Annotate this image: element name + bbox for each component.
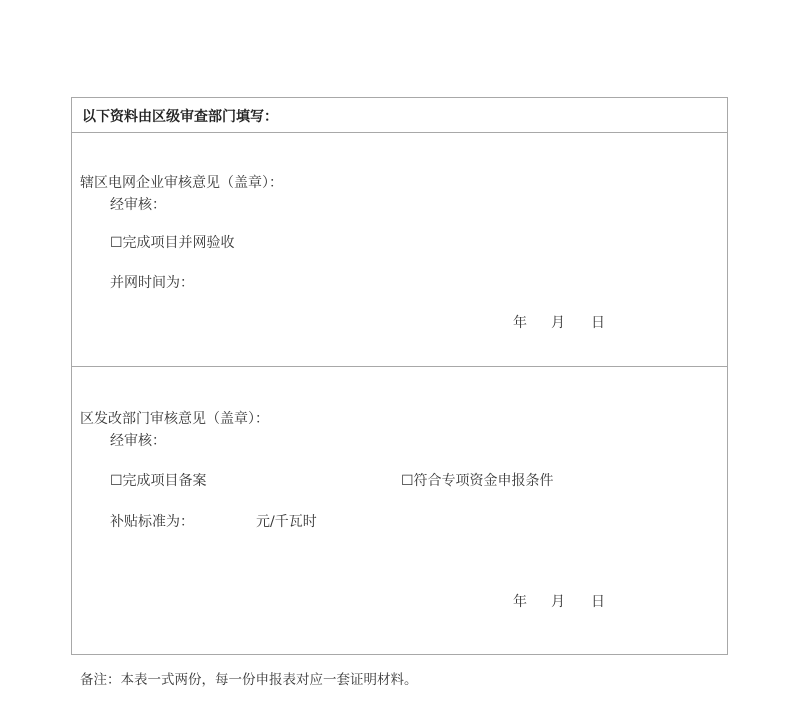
date-day: 日	[591, 591, 605, 611]
date-month: 月	[551, 312, 591, 332]
date-month: 月	[551, 591, 591, 611]
date-year: 年	[513, 591, 551, 611]
grid-company-review-section: 辖区电网企业审核意见（盖章）： 经审核： ☐完成项目并网验收 并网时间为： 年月…	[72, 132, 727, 367]
subsidy-unit: 元/千瓦时	[256, 511, 317, 531]
grid-time-label: 并网时间为：	[110, 272, 194, 292]
fund-conditions-checkbox[interactable]: ☐符合专项资金申报条件	[401, 470, 554, 490]
drc-review-date: 年月日	[513, 591, 605, 611]
grid-review-label: 经审核：	[110, 194, 166, 214]
footnote: 备注：本表一式两份，每一份申报表对应一套证明材料。	[80, 668, 418, 688]
drc-review-section: 区发改部门审核意见（盖章）： 经审核： ☐完成项目备案 ☐符合专项资金申报条件 …	[72, 366, 727, 654]
grid-acceptance-checkbox[interactable]: ☐完成项目并网验收	[110, 232, 235, 252]
grid-review-title: 辖区电网企业审核意见（盖章）：	[80, 172, 283, 192]
date-year: 年	[513, 312, 551, 332]
form-header-text: 以下资料由区级审查部门填写：	[82, 106, 278, 126]
date-day: 日	[591, 312, 605, 332]
form-header-row: 以下资料由区级审查部门填写：	[72, 98, 727, 133]
drc-review-title: 区发改部门审核意见（盖章）：	[80, 408, 269, 428]
drc-review-label: 经审核：	[110, 430, 166, 450]
subsidy-label: 补贴标准为：	[110, 511, 194, 531]
record-complete-checkbox[interactable]: ☐完成项目备案	[110, 470, 207, 490]
review-form-table: 以下资料由区级审查部门填写： 辖区电网企业审核意见（盖章）： 经审核： ☐完成项…	[71, 97, 728, 655]
grid-review-date: 年月日	[513, 312, 605, 332]
